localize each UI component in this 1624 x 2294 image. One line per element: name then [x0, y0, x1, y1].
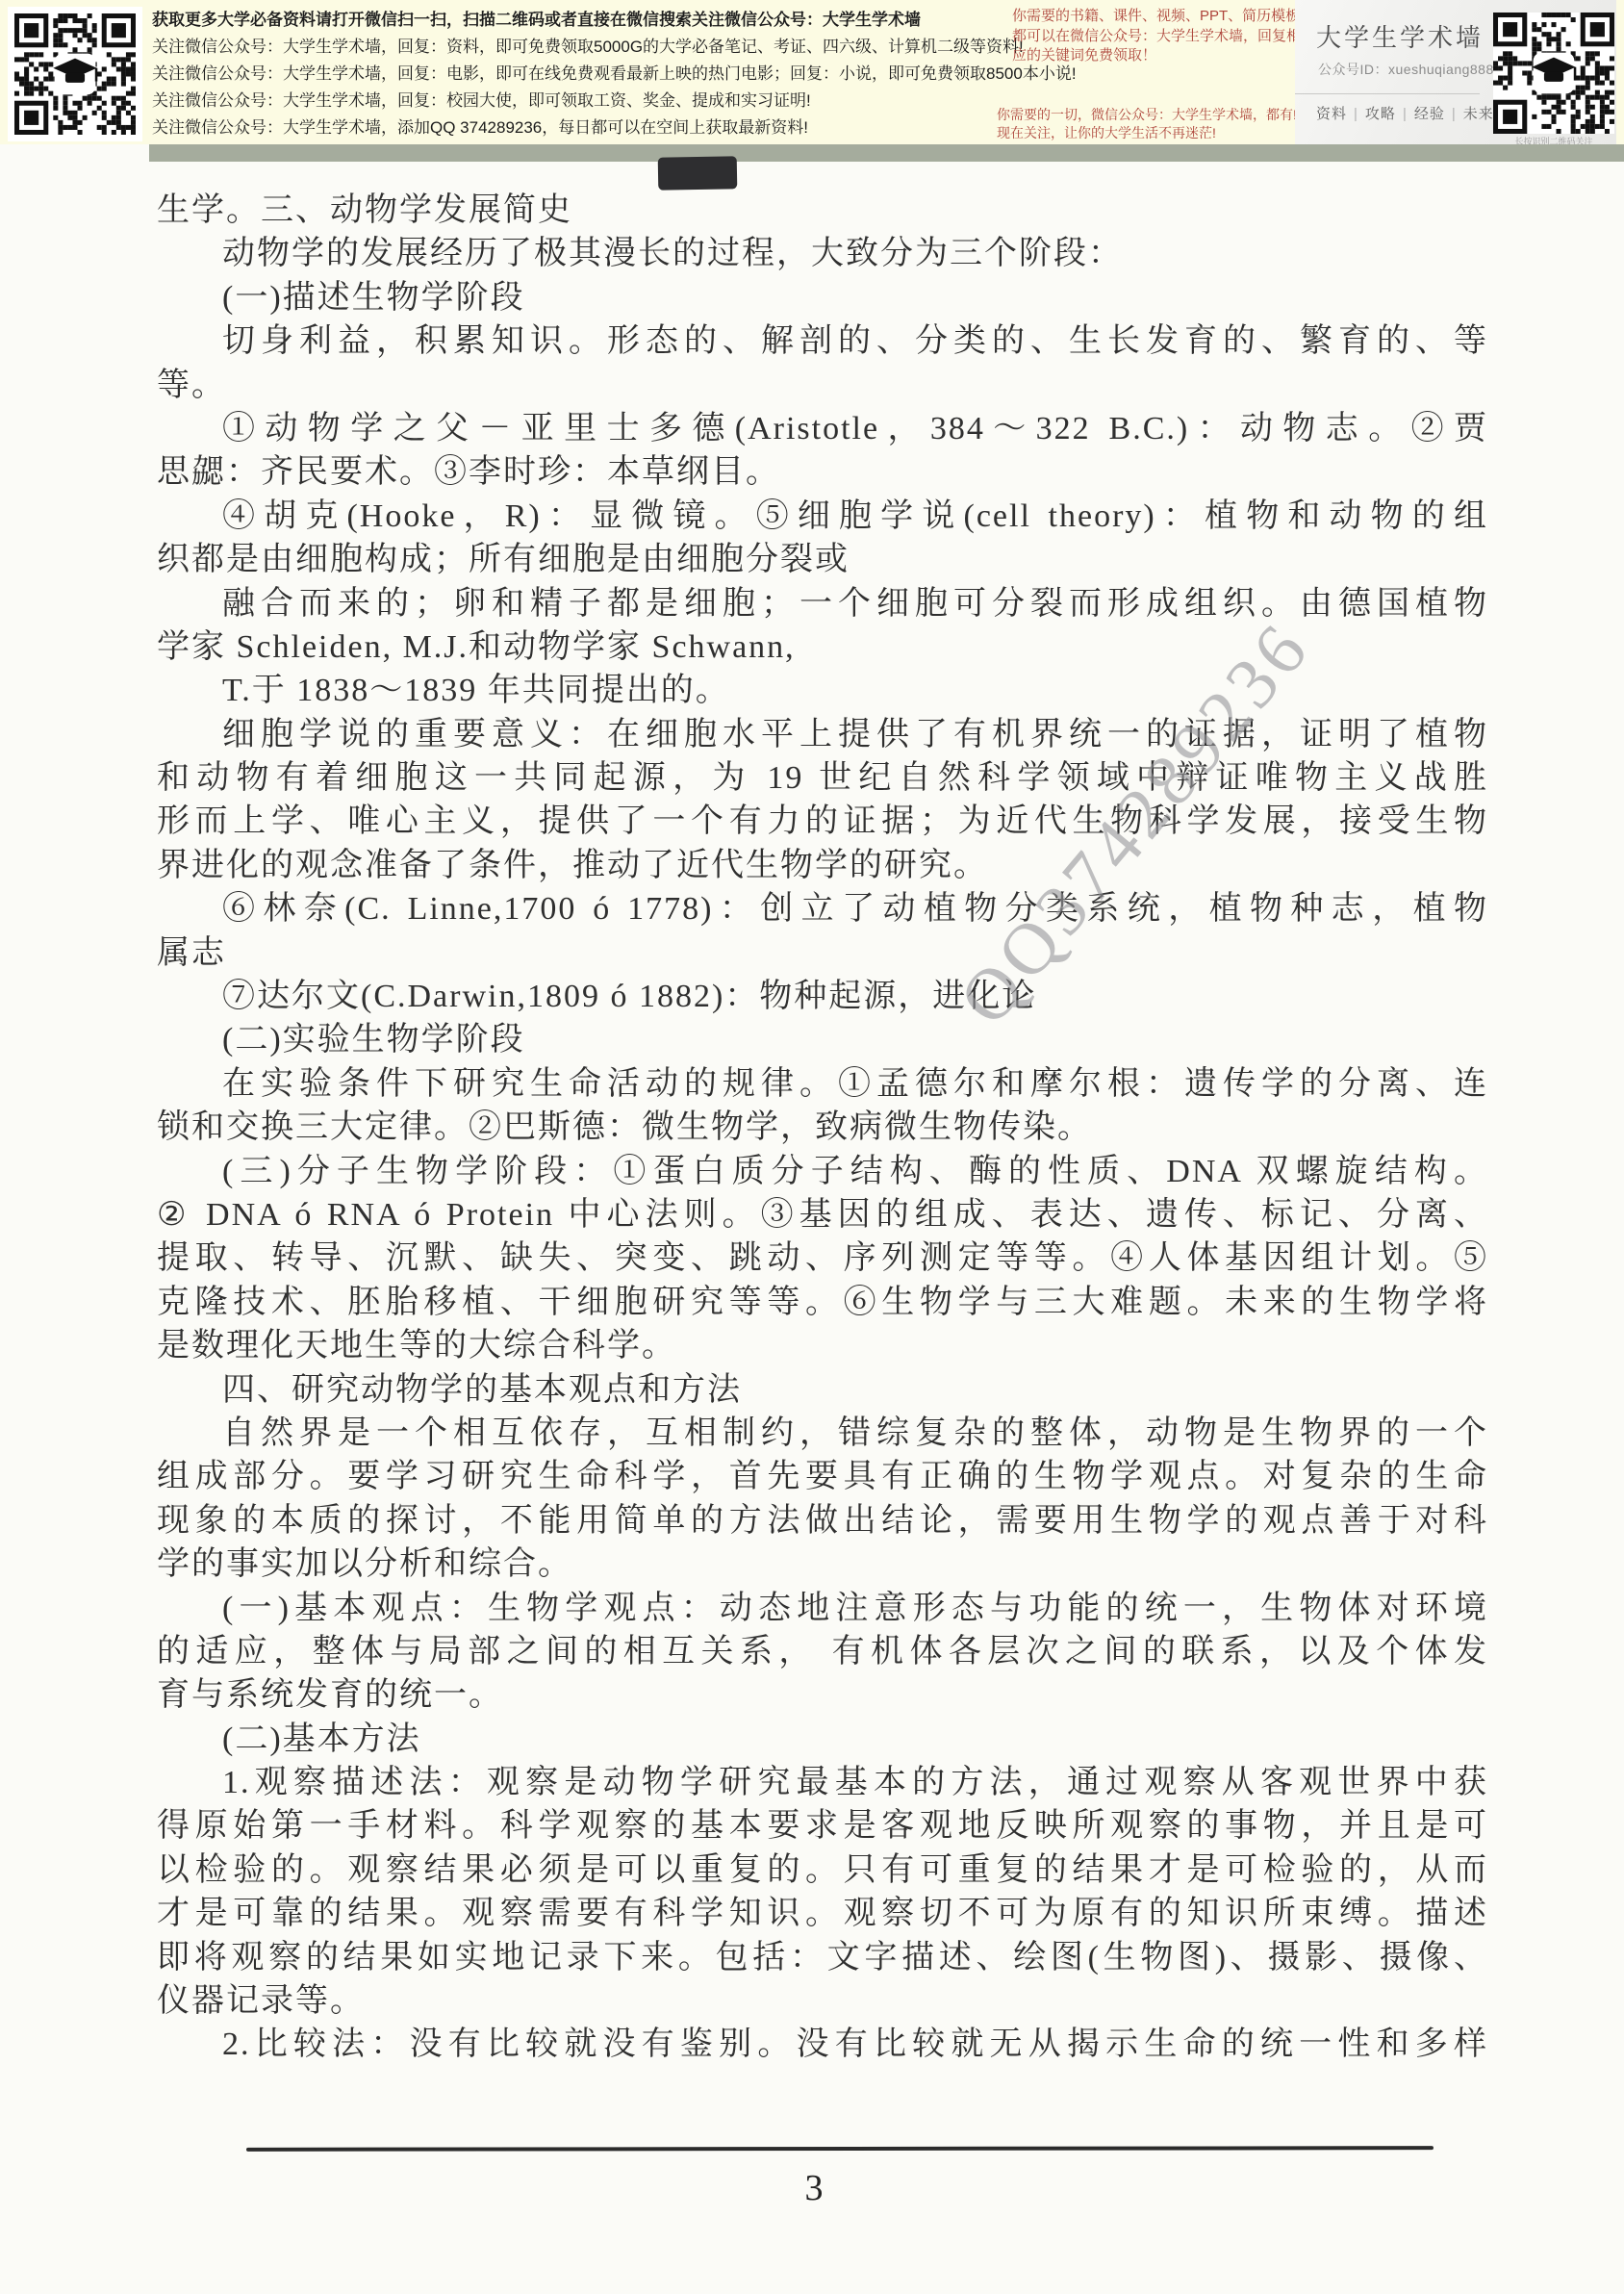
promo-line: 都可以在微信公众号：大学生学术墙，回复相 [1012, 27, 1303, 47]
body-line: 学家 Schleiden, M.J.和动物学家 Schwann, [157, 625, 1488, 669]
page-number: 3 [785, 2167, 843, 2209]
banner-lines: 获取更多大学必备资料请打开微信扫一扫，扫描二维码或者直接在微信搜索关注微信公众号… [152, 7, 1056, 141]
document-text: 生学。三、动物学发展简史动物学的发展经历了极其漫长的过程，大致分为三个阶段：(一… [157, 189, 1488, 2067]
body-line: 是数理化天地生等的大综合科学。 [157, 1324, 1488, 1367]
tag-separator: | [1452, 106, 1457, 122]
body-line: 思勰：齐民要术。③李时珍：本草纲目。 [157, 450, 1488, 494]
promo-banner: 获取更多大学必备资料请打开微信扫一扫，扫描二维码或者直接在微信搜索关注微信公众号… [0, 0, 1624, 144]
footer-rule [246, 2146, 1434, 2152]
scan-artifact [658, 156, 738, 190]
body-line: T.于 1838～1839 年共同提出的。 [157, 669, 1488, 712]
body-line: 的适应，整体与局部之间的相互关系， 有机体各层次之间的联系，以及个体发 [157, 1630, 1488, 1673]
body-line: 1.观察描述法：观察是动物学研究最基本的方法，通过观察从客观世界中获 [157, 1761, 1488, 1804]
body-line: ② DNA ó RNA ó Protein 中心法则。③基因的组成、表达、遗传、… [157, 1193, 1488, 1236]
account-qr-code [1493, 13, 1614, 134]
body-line: 育与系统发育的统一。 [157, 1673, 1488, 1717]
body-line: 才是可靠的结果。观察需要有科学知识。观察切不可为原有的知识所束缚。描述 [157, 1892, 1488, 1935]
body-line: 生学。三、动物学发展简史 [157, 189, 1488, 232]
account-id: 公众号ID：xueshuqiang8888 [1318, 60, 1502, 79]
body-line: 界进化的观念准备了条件，推动了近代生物学的研究。 [157, 844, 1488, 887]
account-card: 大学生学术墙 公众号ID：xueshuqiang8888 资料|攻略|经验|未来… [1295, 0, 1616, 144]
body-line: 等。 [157, 364, 1488, 407]
qr-caption: 长按识别二维码关注 [1487, 135, 1616, 144]
body-line: 动物学的发展经历了极其漫长的过程，大致分为三个阶段： [157, 232, 1488, 275]
body-line: 切身利益，积累知识。形态的、解剖的、分类的、生长发育的、繁育的、等 [157, 319, 1488, 363]
body-line: 在实验条件下研究生命活动的规律。①孟德尔和摩尔根：遗传学的分离、连 [157, 1062, 1488, 1106]
body-line: 细胞学说的重要意义：在细胞水平上提供了有机界统一的证据，证明了植物 [157, 713, 1488, 756]
card-tag: 经验 [1414, 106, 1445, 122]
account-title: 大学生学术墙 [1316, 18, 1484, 54]
body-line: 克隆技术、胚胎移植、干细胞研究等等。⑥生物学与三大难题。未来的生物学将 [157, 1281, 1488, 1324]
body-line: 自然界是一个相互依存，互相制约，错综复杂的整体，动物是生物界的一个 [157, 1412, 1488, 1455]
body-line: 即将观察的结果如实地记录下来。包括：文字描述、绘图(生物图)、摄影、摄像、 [157, 1936, 1488, 1979]
wechat-qr-code [14, 13, 136, 135]
scan-edge-band [149, 144, 1624, 162]
card-divider [1295, 93, 1480, 94]
banner-line: 关注微信公众号：大学生学术墙，回复：校园大使，即可领取工资、奖金、提成和实习证明… [152, 88, 1056, 115]
body-line: 形而上学、唯心主义，提供了一个有力的证据；为近代生物科学发展，接受生物 [157, 800, 1488, 843]
promo-line: 你需要的书籍、课件、视频、PPT、简历模板 [1012, 7, 1303, 27]
body-line: 以检验的。观察结果必须是可以重复的。只有可重复的结果才是可检验的，从而 [157, 1848, 1488, 1892]
body-line: 锁和交换三大定律。②巴斯德：微生物学，致病微生物传染。 [157, 1106, 1488, 1149]
banner-line: 关注微信公众号：大学生学术墙，添加QQ 374289236，每日都可以在空间上获… [152, 115, 1056, 141]
body-line: 得原始第一手材料。科学观察的基本要求是客观地反映所观察的事物，并且是可 [157, 1804, 1488, 1848]
body-line: 织都是由细胞构成；所有细胞是由细胞分裂或 [157, 538, 1488, 581]
left-qr-box [8, 7, 142, 141]
body-line: ⑥林奈(C. Linne,1700 ó 1778)：创立了动植物分类系统，植物种… [157, 887, 1488, 930]
banner-line: 获取更多大学必备资料请打开微信扫一扫，扫描二维码或者直接在微信搜索关注微信公众号… [152, 7, 1056, 34]
body-line: 和动物有着细胞这一共同起源，为 19 世纪自然科学领域中辩证唯物主义战胜 [157, 756, 1488, 800]
body-line: 2.比较法：没有比较就没有鉴别。没有比较就无从揭示生命的统一性和多样 [157, 2023, 1488, 2066]
body-line: 组成部分。要学习研究生命科学，首先要具有正确的生物学观点。对复杂的生命 [157, 1455, 1488, 1498]
body-line: 学的事实加以分析和综合。 [157, 1542, 1488, 1586]
body-line: (二)基本方法 [157, 1718, 1488, 1761]
promo-line: 现在关注，让你的大学生活不再迷茫! [997, 124, 1305, 142]
body-line: 仪器记录等。 [157, 1979, 1488, 2023]
scanned-page-root: 获取更多大学必备资料请打开微信扫一扫，扫描二维码或者直接在微信搜索关注微信公众号… [0, 0, 1624, 2294]
body-line: 提取、转导、沉默、缺失、突变、跳动、序列测定等等。④人体基因组计划。⑤ [157, 1236, 1488, 1280]
body-line: ④胡克(Hooke，R)：显微镜。⑤细胞学说(cell theory)：植物和动… [157, 495, 1488, 538]
body-line: 属志 [157, 931, 1488, 975]
body-line: 四、研究动物学的基本观点和方法 [157, 1368, 1488, 1412]
promo-line: 你需要的一切，微信公众号：大学生学术墙，都有! [997, 106, 1305, 124]
body-line: 现象的本质的探讨，不能用简单的方法做出结论，需要用生物学的观点善于对科 [157, 1499, 1488, 1542]
banner-line: 关注微信公众号：大学生学术墙，回复：资料，即可免费领取5000G的大学必备笔记、… [152, 34, 1056, 61]
body-line: ⑦达尔文(C.Darwin,1809 ó 1882)：物种起源，进化论 [157, 975, 1488, 1018]
tag-separator: | [1403, 106, 1408, 122]
body-line: ①动物学之父－亚里士多德(Aristotle，384～322 B.C.)：动物志… [157, 407, 1488, 450]
body-line: (一)描述生物学阶段 [157, 276, 1488, 319]
body-line: (一)基本观点：生物学观点：动态地注意形态与功能的统一，生物体对环境 [157, 1587, 1488, 1630]
promo-text-keywords: 你需要的书籍、课件、视频、PPT、简历模板都可以在微信公众号：大学生学术墙，回复… [1012, 7, 1303, 66]
banner-line: 关注微信公众号：大学生学术墙，回复：电影，即可在线免费观看最新上映的热门电影；回… [152, 61, 1056, 88]
body-line: 融合而来的；卵和精子都是细胞；一个细胞可分裂而形成组织。由德国植物 [157, 582, 1488, 625]
card-tag: 未来 [1463, 106, 1494, 122]
card-tag: 资料 [1316, 106, 1347, 122]
body-line: (二)实验生物学阶段 [157, 1018, 1488, 1061]
card-tag: 攻略 [1365, 106, 1396, 122]
promo-line: 应的关键词免费领取！ [1012, 46, 1303, 66]
promo-text-follow: 你需要的一切，微信公众号：大学生学术墙，都有!现在关注，让你的大学生活不再迷茫! [997, 106, 1305, 142]
card-tags: 资料|攻略|经验|未来 [1316, 103, 1494, 123]
body-line: (三)分子生物学阶段：①蛋白质分子结构、酶的性质、DNA 双螺旋结构。 [157, 1150, 1488, 1193]
tag-separator: | [1354, 106, 1358, 122]
